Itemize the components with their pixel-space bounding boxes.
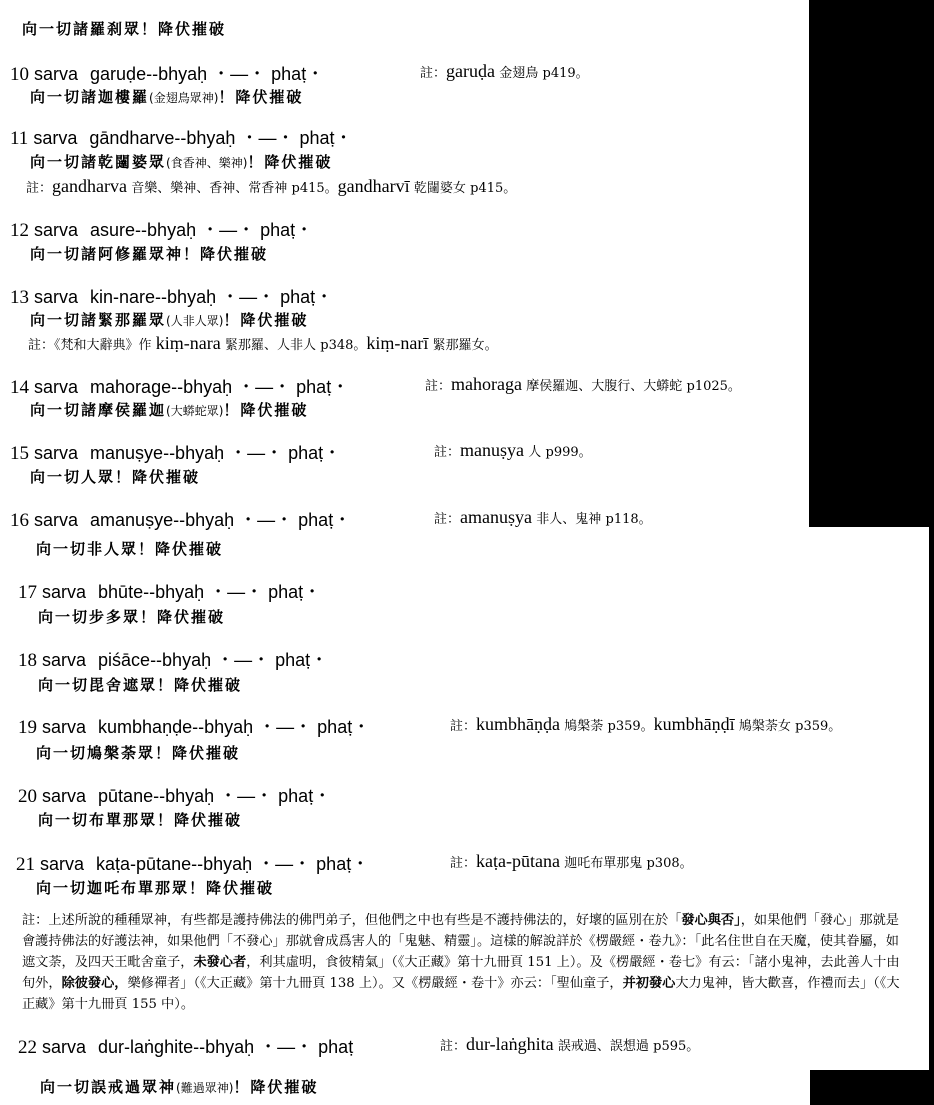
- chinese-line-18: 向一切毘舍遮眾！降伏摧破: [38, 674, 242, 695]
- mantra-line-16: 16 sarvaamanuṣye--bhyaḥ ・—・ phaṭ・: [10, 506, 351, 532]
- note-10: 註：garuḍa 金翅鳥 p419。: [420, 61, 589, 82]
- chinese-line-22: 向一切誤戒過眾神(難過眾神)！降伏摧破: [40, 1076, 318, 1097]
- mantra-line-14: 14 sarvamahorage--bhyaḥ ・—・ phaṭ・: [10, 373, 349, 399]
- chinese-line-20: 向一切布單那眾！降伏摧破: [38, 809, 242, 830]
- chinese-line-14: 向一切諸摩侯羅迦(大蟒蛇眾)！降伏摧破: [30, 399, 308, 420]
- note-16: 註：amanuṣya 非人、鬼神 p118。: [434, 507, 652, 528]
- chinese-line-10: 向一切諸迦樓羅(金翅鳥眾神)！降伏摧破: [30, 86, 303, 107]
- mantra-line-15: 15 sarvamanuṣye--bhyaḥ ・—・ phaṭ・: [10, 439, 341, 465]
- black-margin-bottom: [810, 1070, 934, 1105]
- mantra-line-12: 12 sarvaasure--bhyaḥ ・—・ phaṭ・: [10, 216, 313, 242]
- mantra-line-13: 13 sarvakin-nare--bhyaḥ ・—・ phaṭ・: [10, 283, 333, 309]
- chinese-line-21: 向一切迦吒布單那眾！降伏摧破: [36, 877, 274, 898]
- chinese-line-17: 向一切步多眾！降伏摧破: [38, 606, 225, 627]
- document-page: 向一切諸羅刹眾！降伏摧破 10 sarvagaruḍe--bhyaḥ ・—・ p…: [0, 0, 934, 1105]
- chinese-line-13: 向一切諸緊那羅眾(人非人眾)！降伏摧破: [30, 309, 308, 330]
- mantra-line-18: 18 sarvapiśāce--bhyaḥ ・—・ phaṭ・: [18, 646, 328, 672]
- note-22: 註：dur-laṅghita 誤戒過、誤想過 p595。: [440, 1034, 699, 1055]
- mantra-line-10: 10 sarvagaruḍe--bhyaḥ ・—・ phaṭ・: [10, 60, 324, 86]
- mantra-line-19: 19 sarvakumbhaṇḍe--bhyaḥ ・—・ phaṭ・: [18, 713, 370, 739]
- chinese-line-11: 向一切諸乾闥婆眾(食香神、樂神)！降伏摧破: [30, 151, 332, 172]
- note-11: 註：gandharva 音樂、樂神、香神、常香神 p415。gandharvī …: [26, 176, 516, 197]
- mantra-line-17: 17 sarvabhūte--bhyaḥ ・—・ phaṭ・: [18, 578, 321, 604]
- chinese-line-15: 向一切人眾！降伏摧破: [30, 466, 200, 487]
- note-14: 註：mahoraga 摩侯羅迦、大腹行、大蟒蛇 p1025。: [425, 374, 741, 395]
- mantra-line-20: 20 sarvapūtane--bhyaḥ ・—・ phaṭ・: [18, 782, 331, 808]
- note-19: 註：kumbhāṇḍa 鳩槃荼 p359。kumbhāṇḍī 鳩槃荼女 p359…: [450, 714, 841, 735]
- note-13: 註：《梵和大辭典》作 kiṃ-nara 緊那羅、人非人 p348。kiṃ-nar…: [28, 333, 498, 354]
- mantra-line-21: 21 sarvakaṭa-pūtane--bhyaḥ ・—・ phaṭ・: [16, 850, 369, 876]
- commentary-paragraph: 註：上述所說的種種眾神，有些都是護持佛法的佛門弟子，但他們之中也有些是不護持佛法…: [22, 910, 912, 1015]
- mantra-line-11: 11 sarvagāndharve--bhyaḥ ・—・ phaṭ・: [10, 124, 353, 150]
- mantra-line-22: 22 sarvadur-laṅghite--bhyaḥ ・—・ phaṭ: [18, 1033, 353, 1059]
- chinese-line-19: 向一切鳩槃荼眾！降伏摧破: [36, 742, 240, 763]
- black-margin-right-strip: [929, 527, 934, 1070]
- black-margin-top: [809, 0, 934, 527]
- chinese-line-16: 向一切非人眾！降伏摧破: [36, 538, 223, 559]
- header-chinese-line: 向一切諸羅刹眾！降伏摧破: [22, 18, 226, 39]
- note-21: 註：kaṭa-pūtana 迦吒布單那鬼 p308。: [450, 851, 693, 872]
- chinese-line-12: 向一切諸阿修羅眾神！降伏摧破: [30, 243, 268, 264]
- note-15: 註：manuṣya 人 p999。: [434, 440, 592, 461]
